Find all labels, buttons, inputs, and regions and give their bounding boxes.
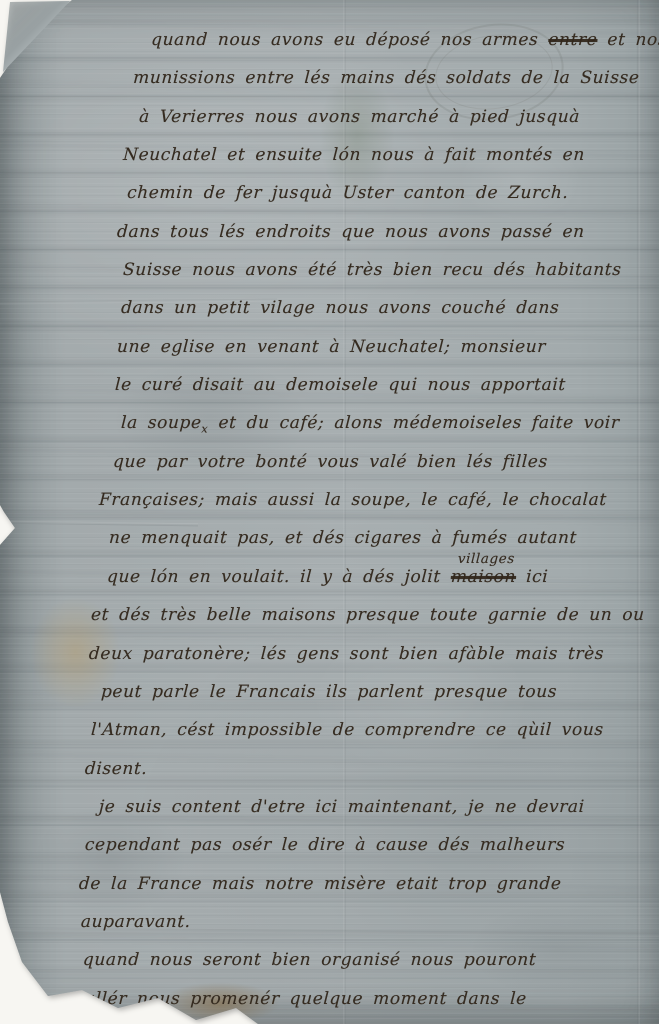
handwriting-text: deux paratonère; lés gens sont bien afàb… xyxy=(88,644,604,664)
handwriting-line: peut parle le Francais ils parlent presq… xyxy=(86,673,641,711)
handwriting-line: allér nous promenér quelque moment dans … xyxy=(70,980,625,1018)
handwriting-text: munissions entre lés mains dés soldats d… xyxy=(133,68,640,88)
handwriting-line: ne menquait pas, et dés cigares à fumés … xyxy=(94,519,649,557)
handwriting-line: quand nous avons eu déposé nos armes ent… xyxy=(120,21,659,59)
handwriting-line: le curé disait au demoisele qui nous app… xyxy=(102,366,657,404)
handwriting-line: et dés très belle maisons presque toute … xyxy=(90,596,645,634)
handwriting-line: auparavant. xyxy=(74,903,629,941)
handwriting-line: quand nous seront bien organisé nous pou… xyxy=(72,941,627,979)
handwriting-text: Neuchatel et ensuite lón nous à fait mon… xyxy=(123,145,586,165)
handwriting-text: que lón en voulait. il y à dés jolit xyxy=(106,567,451,587)
handwriting-text: une eglise en venant à Neuchatel; monsie… xyxy=(117,337,547,357)
handwriting-line: je suis content d'etre ici maintenant, j… xyxy=(80,788,635,826)
handwriting-line: cependant pas osér le dire à cause dés m… xyxy=(78,826,633,864)
handwriting-text: dans un petit vilage nous avons couché d… xyxy=(121,298,560,318)
handwriting-line: Suisse nous avons été très bien recu dés… xyxy=(108,251,659,289)
handwriting-line: dans un petit vilage nous avons couché d… xyxy=(106,289,659,327)
handwriting-text: chemin de fer jusquà Uster canton de Zur… xyxy=(127,183,569,203)
handwriting-line: dans tous lés endroits que nous avons pa… xyxy=(110,213,659,251)
handwriting-text: et du café; alons médemoiseles faite voi… xyxy=(208,413,620,433)
handwriting-line: munissions entre lés mains dés soldats d… xyxy=(118,59,659,97)
handwriting-line: à Verierres nous avons marché à pied jus… xyxy=(116,98,659,136)
handwriting-line: deux paratonère; lés gens sont bien afàb… xyxy=(88,635,643,673)
handwriting-text: allér nous promenér quelque moment dans … xyxy=(84,989,527,1009)
handwriting-line: Françaises; mais aussi la soupe, le café… xyxy=(96,481,651,519)
handwriting-text: je suis content d'etre ici maintenant, j… xyxy=(98,797,585,817)
handwriting-line: que par votre bonté vous valé bien lés f… xyxy=(98,443,653,481)
handwriting-text: disent. xyxy=(84,759,148,779)
handwriting-text: et nos xyxy=(597,30,659,50)
struck-word: maisonvillages xyxy=(450,567,516,587)
handwriting-text: ne menquait pas, et dés cigares à fumés … xyxy=(108,528,577,548)
letter-paper-wrap: quand nous avons eu déposé nos armes ent… xyxy=(0,0,659,1024)
handwriting-text: la soupe xyxy=(121,413,203,433)
handwriting-text: et dés très belle maisons presque toute … xyxy=(90,605,645,625)
handwriting-line: l'Atman, cést impossible de comprendre c… xyxy=(84,711,639,749)
handwriting-text: que par votre bonté vous valé bien lés f… xyxy=(112,452,548,472)
handwriting-text: quand nous avons eu déposé nos armes xyxy=(151,30,549,50)
handwriting-line: une eglise en venant à Neuchatel; monsie… xyxy=(104,328,659,366)
inserted-word: villages xyxy=(457,553,515,567)
scan-background: quand nous avons eu déposé nos armes ent… xyxy=(0,0,659,1024)
struck-word: entre xyxy=(548,30,598,50)
handwriting-text: Françaises; mais aussi la soupe, le café… xyxy=(98,490,607,510)
handwriting-line: que lón en voulait. il y à dés jolit mai… xyxy=(92,558,647,596)
handwriting-text: à Verierres nous avons marché à pied jus… xyxy=(139,107,581,127)
handwriting-text: peut parle le Francais ils parlent presq… xyxy=(100,682,557,702)
handwriting-text: dans tous lés endroits que nous avons pa… xyxy=(117,222,586,242)
handwriting-text: auparavant. xyxy=(80,912,191,932)
handwriting-text: Suisse nous avons été très bien recu dés… xyxy=(123,260,623,280)
handwriting-line: de la France mais notre misère etait tro… xyxy=(76,865,631,903)
handwriting-line: Neuchatel et ensuite lón nous à fait mon… xyxy=(114,136,659,174)
letter-paper: quand nous avons eu déposé nos armes ent… xyxy=(0,0,659,1024)
handwriting-text: cependant pas osér le dire à cause dés m… xyxy=(84,835,565,855)
handwriting-text: de la France mais notre misère etait tro… xyxy=(78,874,562,894)
handwriting-line: chemin de fer jusquà Uster canton de Zur… xyxy=(112,174,659,212)
handwriting-text: quand nous seront bien organisé nous pou… xyxy=(82,950,536,970)
handwriting-line: la soupex et du café; alons médemoiseles… xyxy=(100,404,655,442)
handwriting-lines: quand nous avons eu déposé nos armes ent… xyxy=(70,21,659,1018)
handwriting-text: ici xyxy=(516,567,549,587)
handwriting-line: disent. xyxy=(82,750,637,788)
handwriting-text: le curé disait au demoisele qui nous app… xyxy=(115,375,567,395)
handwriting-text: l'Atman, cést impossible de comprendre c… xyxy=(90,720,604,740)
